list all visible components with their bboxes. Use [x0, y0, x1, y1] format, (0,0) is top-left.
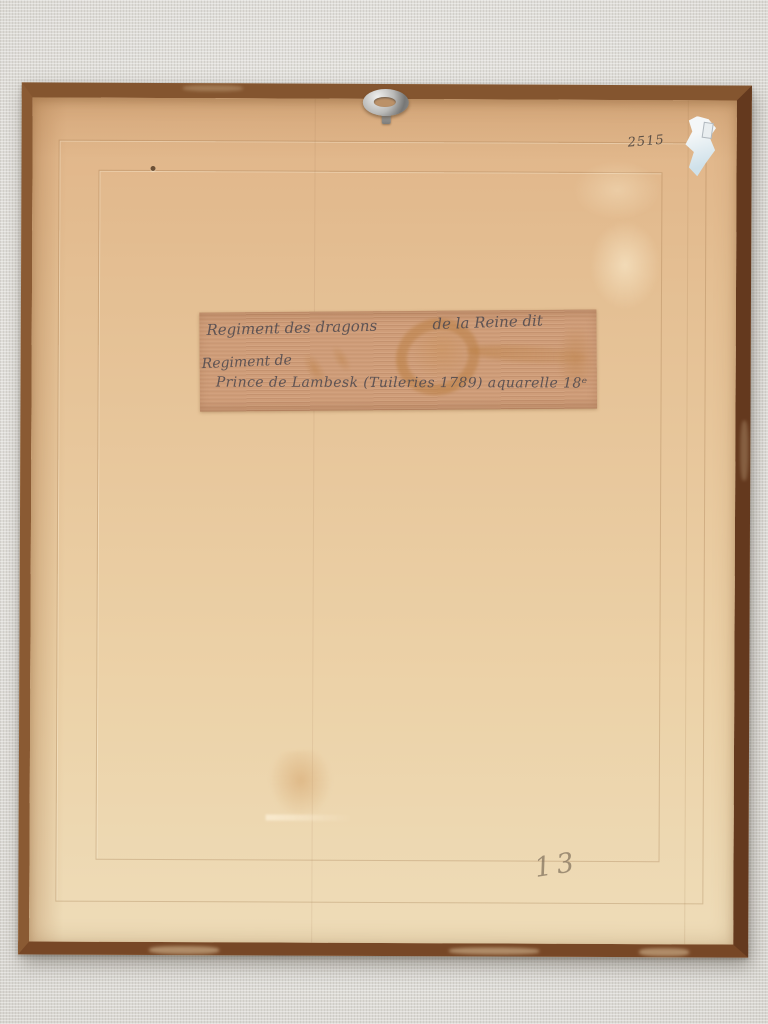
frame-edge-wear: [149, 946, 219, 954]
nail-head: [151, 166, 156, 171]
frame-edge-wear: [449, 947, 539, 954]
frame-edge-wear: [183, 85, 243, 91]
abrasion-patch: [572, 160, 662, 220]
stain-highlight: [266, 814, 352, 820]
handwritten-label: Regiment des dragons de la Reine dit Reg…: [199, 309, 597, 411]
label-line1-right: de la Reine dit: [432, 311, 543, 333]
stain-patch: [268, 749, 334, 819]
photo-frame-back: 2515 Regiment des dragons de la Reine di…: [0, 0, 768, 1024]
label-line3: Prince de Lambesk (Tuileries 1789) aquar…: [216, 375, 588, 392]
frame-edge-wear: [639, 948, 689, 956]
label-line2: Regiment de: [201, 352, 292, 372]
inventory-number: 2515: [627, 133, 665, 151]
abrasion-patch: [590, 220, 660, 310]
frame-edge-wear: [740, 421, 748, 481]
panel-crease-inner: [96, 170, 663, 862]
metal-hanging-ring: [363, 89, 409, 116]
wooden-frame: 2515 Regiment des dragons de la Reine di…: [18, 82, 752, 957]
paper-backing: 2515 Regiment des dragons de la Reine di…: [29, 97, 737, 944]
